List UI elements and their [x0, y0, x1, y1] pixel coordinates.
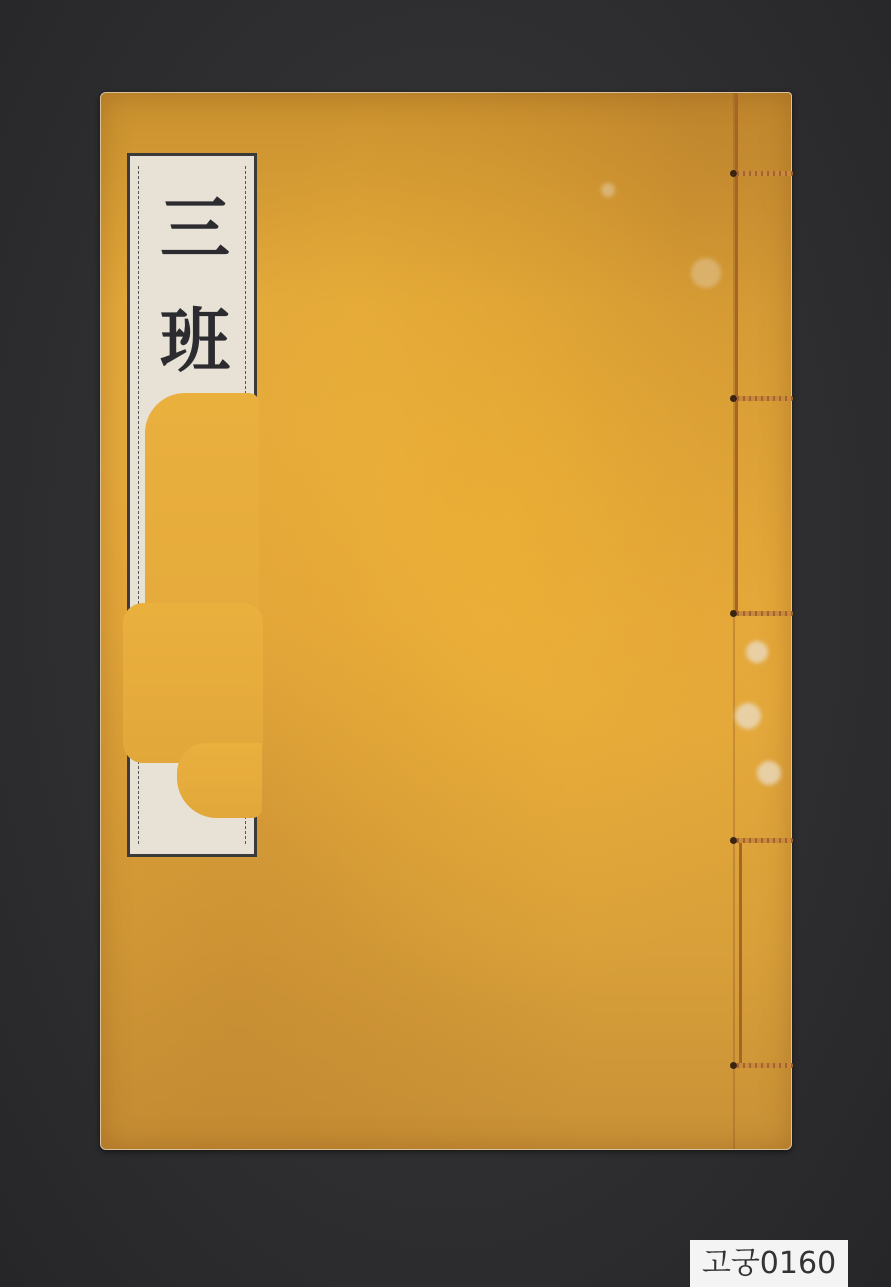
binding-stitch — [733, 611, 793, 616]
binding-stitch — [733, 838, 793, 843]
foxing-spot — [757, 761, 781, 785]
binding-knot — [730, 837, 737, 844]
title-label: 三 班 — [127, 153, 257, 857]
binding-stitch — [733, 171, 793, 176]
foxing-spot — [735, 703, 761, 729]
binding-knot — [730, 395, 737, 402]
title-char-2: 班 — [130, 306, 260, 376]
binding-knot — [730, 1062, 737, 1069]
title-char-1: 三 — [130, 194, 260, 264]
torn-label-area — [177, 743, 262, 818]
binding-stitch — [733, 396, 793, 401]
foxing-spot — [746, 641, 768, 663]
book-cover: 三 班 — [100, 92, 792, 1150]
binding-knot — [730, 170, 737, 177]
binding-stitch — [733, 1063, 793, 1068]
foxing-spot — [691, 258, 721, 288]
foxing-spot — [601, 183, 615, 197]
catalog-number-tag: 고궁0160 — [690, 1240, 848, 1287]
binding-thread-lower — [739, 838, 742, 1068]
torn-label-area — [123, 603, 263, 763]
binding-knot — [730, 610, 737, 617]
